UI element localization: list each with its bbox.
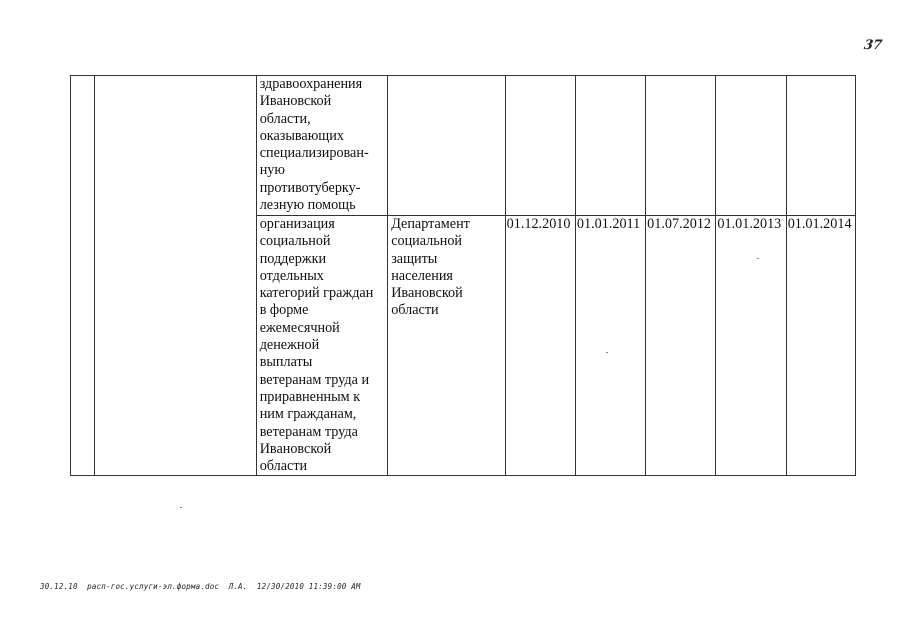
services-table: здравоохраненияИвановскойобласти,оказыва…	[70, 75, 856, 476]
category-cell	[95, 76, 257, 476]
text-line: отдельных	[260, 268, 388, 285]
scan-speck	[180, 507, 182, 508]
text-line: населения	[391, 268, 504, 285]
date-cell	[716, 76, 786, 216]
text-line: социальной	[391, 233, 504, 250]
text-line: здравоохранения	[260, 76, 388, 93]
date-stage-1: 01.12.2010	[505, 216, 575, 476]
page-number: 37	[863, 38, 883, 53]
text-line: противотуберку-	[260, 180, 388, 197]
department-cell: ДепартаментсоциальнойзащитынаселенияИван…	[388, 216, 505, 476]
text-line: поддержки	[260, 251, 388, 268]
date-cell	[786, 76, 855, 216]
service-text: организациясоциальнойподдержкиотдельныхк…	[260, 216, 388, 475]
date-cell	[505, 76, 575, 216]
text-line: ежемесячной	[260, 320, 388, 337]
service-text: здравоохраненияИвановскойобласти,оказыва…	[260, 76, 388, 214]
department-text: ДепартаментсоциальнойзащитынаселенияИван…	[391, 216, 504, 320]
text-line: выплаты	[260, 354, 388, 371]
text-line: категорий граждан	[260, 285, 388, 302]
text-line: области,	[260, 111, 388, 128]
text-line: оказывающих	[260, 128, 388, 145]
service-cell: здравоохраненияИвановскойобласти,оказыва…	[256, 76, 388, 216]
document-footer: 30.12.10 расп-гос.услуги-эл.форма.doc Л.…	[40, 582, 361, 591]
text-line: в форме	[260, 302, 388, 319]
text-line: лезную помощь	[260, 197, 388, 214]
text-line: ветеранам труда и	[260, 372, 388, 389]
number-cell	[71, 76, 95, 476]
text-line: Ивановской	[260, 93, 388, 110]
text-line: организация	[260, 216, 388, 233]
scan-speck	[606, 352, 608, 353]
date-stage-4: 01.01.2013	[716, 216, 786, 476]
text-line: области	[260, 458, 388, 475]
date-cell	[575, 76, 645, 216]
department-cell	[388, 76, 505, 216]
date-stage-5: 01.01.2014	[786, 216, 855, 476]
date-stage-3: 01.07.2012	[646, 216, 716, 476]
text-line: Ивановской	[260, 441, 388, 458]
text-line: денежной	[260, 337, 388, 354]
service-cell: организациясоциальнойподдержкиотдельныхк…	[256, 216, 388, 476]
text-line: Ивановской	[391, 285, 504, 302]
text-line: области	[391, 302, 504, 319]
text-line: Департамент	[391, 216, 504, 233]
text-line: ним гражданам,	[260, 406, 388, 423]
text-line: защиты	[391, 251, 504, 268]
text-line: специализирован-	[260, 145, 388, 162]
date-cell	[646, 76, 716, 216]
text-line: приравненным к	[260, 389, 388, 406]
text-line: ную	[260, 162, 388, 179]
scan-speck	[757, 258, 759, 259]
table-row: здравоохраненияИвановскойобласти,оказыва…	[71, 76, 856, 216]
text-line: социальной	[260, 233, 388, 250]
date-stage-2: 01.01.2011	[575, 216, 645, 476]
text-line: ветеранам труда	[260, 424, 388, 441]
